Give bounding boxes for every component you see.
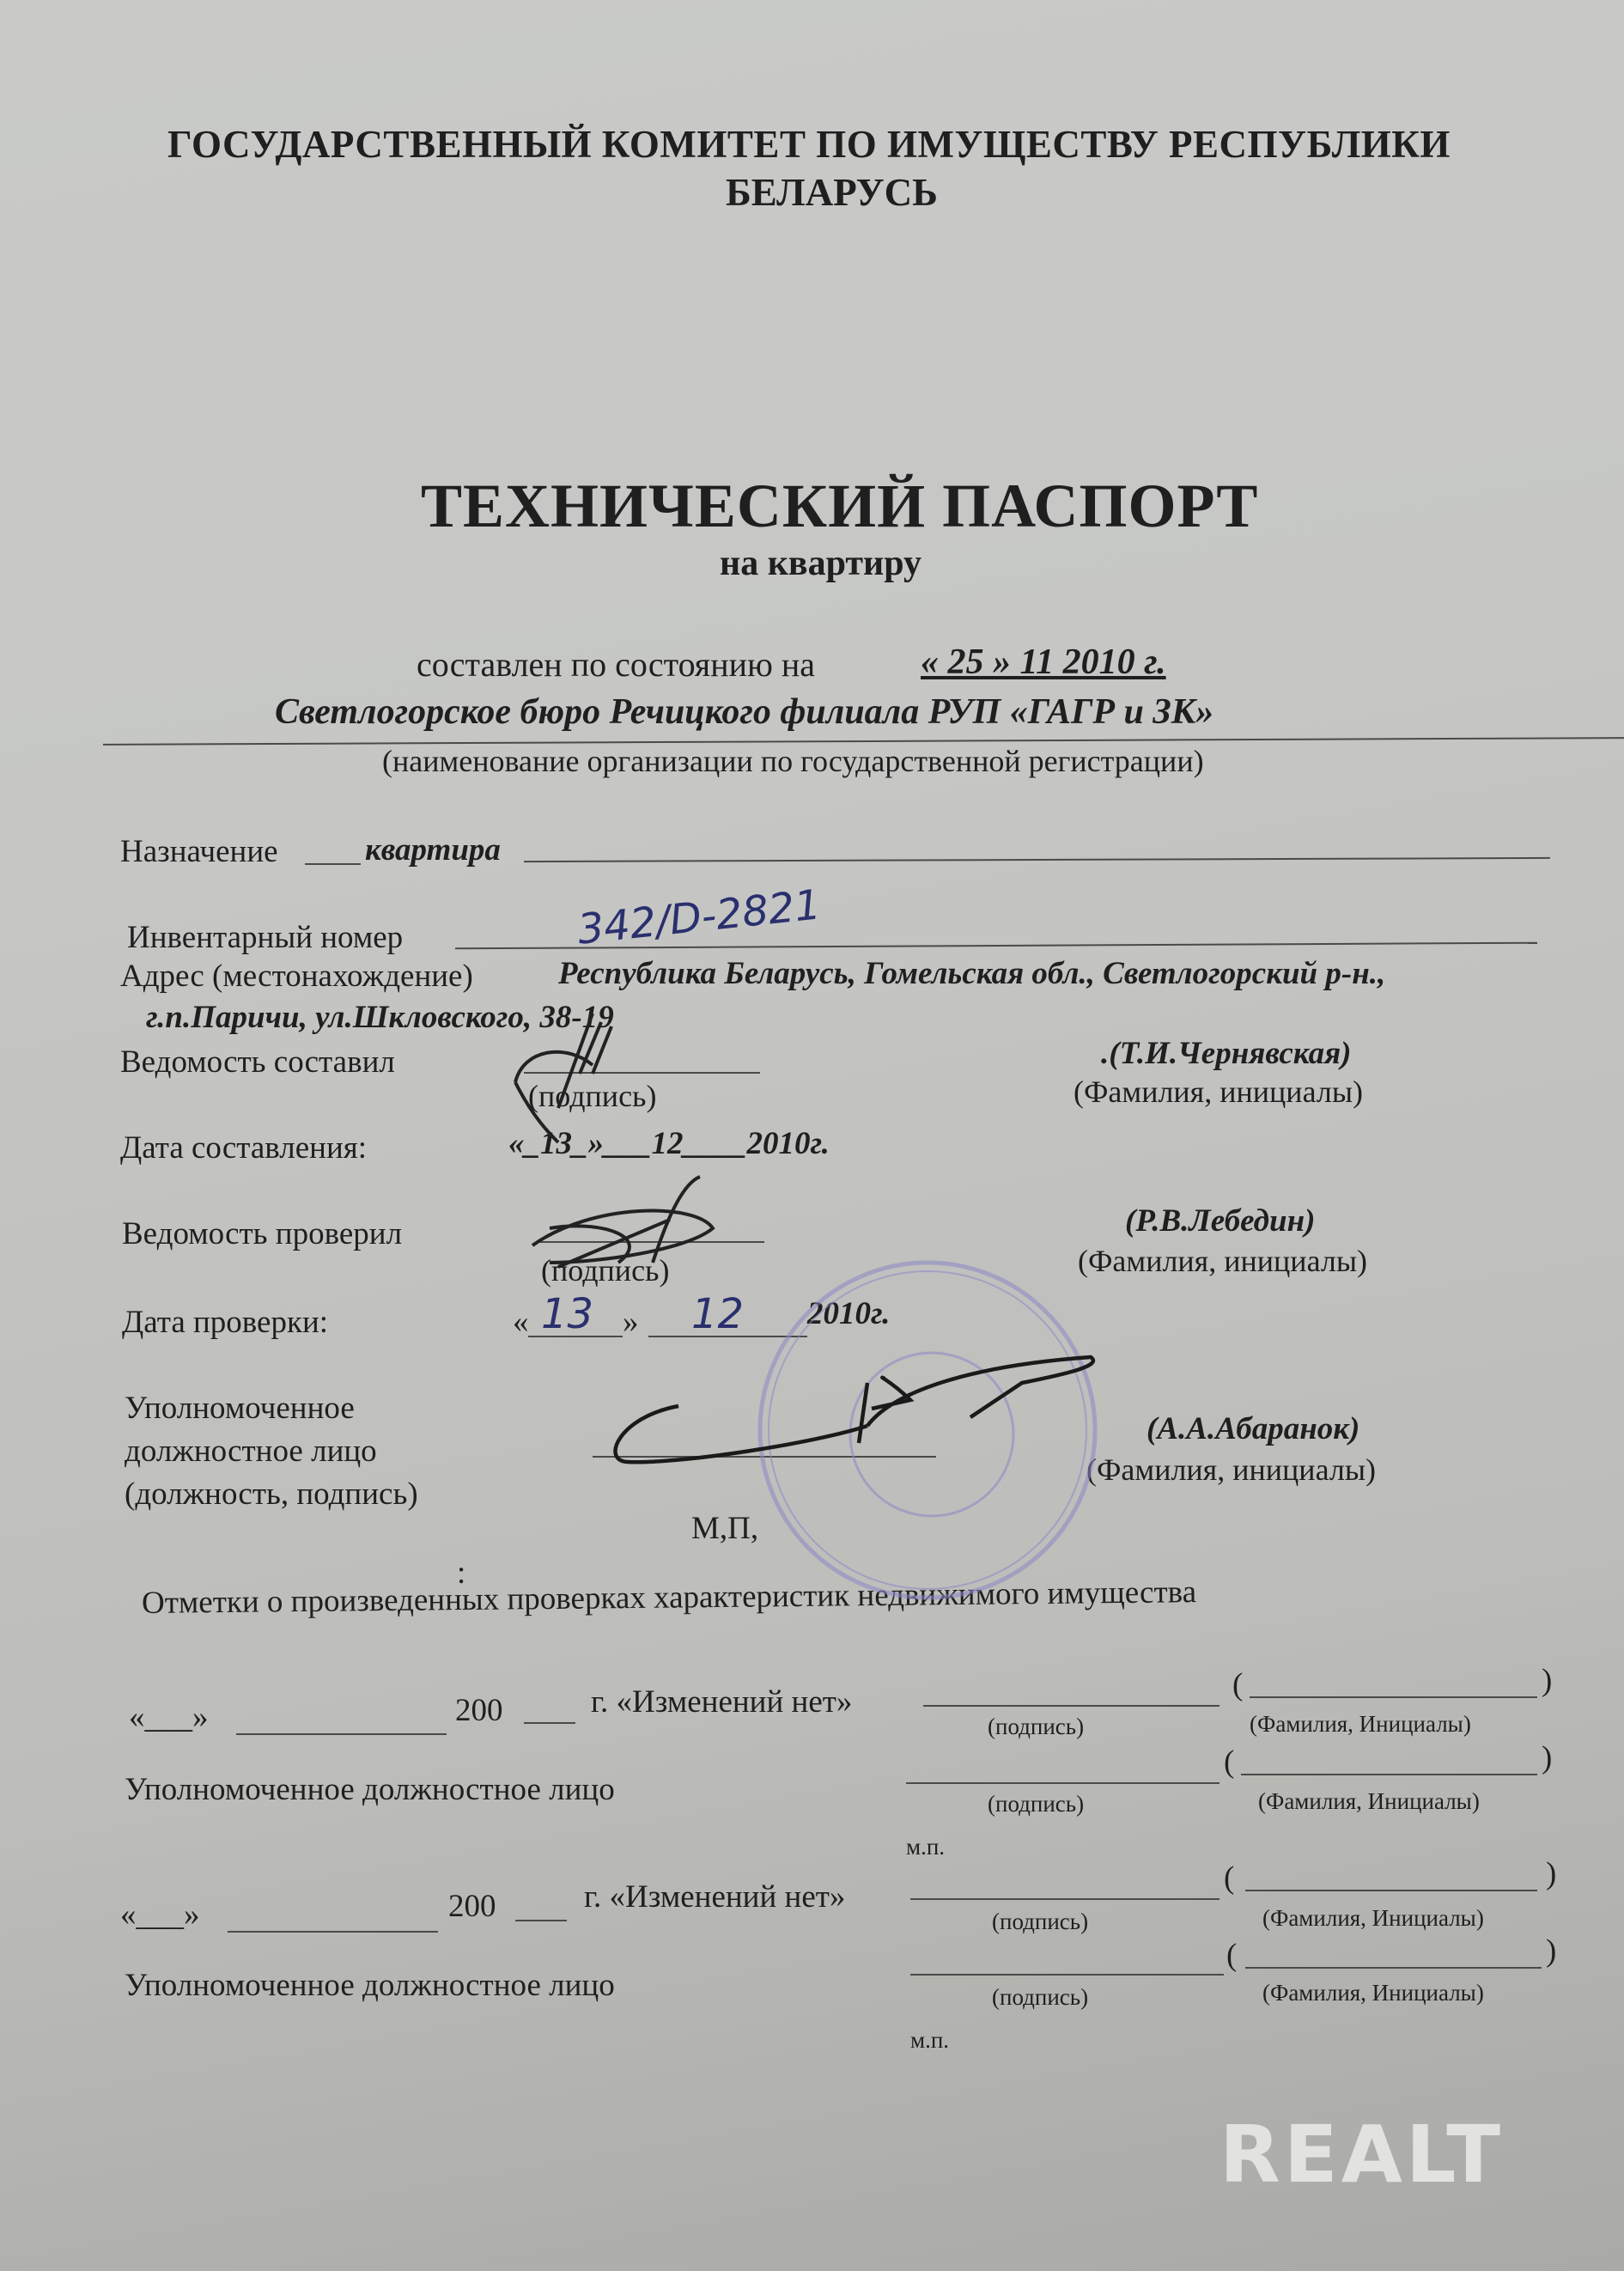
- entry-official-name-close: ): [1546, 1933, 1556, 1970]
- entry-name-line: [1245, 1890, 1537, 1891]
- state-date-value: « 25 » 11 2010 г.: [921, 642, 1166, 683]
- checked-signature-caption: (подпись): [541, 1252, 669, 1288]
- authorized-label-1: Уполномоченное: [125, 1390, 355, 1427]
- compiled-name-caption: (Фамилия, инициалы): [1074, 1074, 1363, 1110]
- checked-by-name: (Р.В.Лебедин): [1125, 1202, 1315, 1239]
- authorized-signature-mark: [616, 1357, 1093, 1462]
- document-subtitle: на квартиру: [720, 543, 921, 584]
- check-date-label: Дата проверки:: [122, 1304, 328, 1341]
- entry-official-signature-line: [910, 1974, 1224, 1976]
- entry-official-name-open: (: [1226, 1937, 1237, 1974]
- entry-year-suffix: г. «Изменений нет»: [591, 1683, 852, 1720]
- compiled-by-name: .(Т.И.Чернявская): [1101, 1035, 1352, 1072]
- compile-date-label: Дата составления:: [120, 1129, 367, 1166]
- state-date-label: составлен по состоянию на: [417, 644, 815, 685]
- entry-signature-line: [923, 1705, 1220, 1707]
- check-date-day: 13: [541, 1290, 593, 1338]
- purpose-prefix-line: [305, 863, 361, 865]
- entry-name-close: ): [1542, 1662, 1552, 1699]
- entry-official-name-caption: (Фамилия, Инициалы): [1262, 1980, 1484, 2006]
- checked-name-caption: (Фамилия, инициалы): [1078, 1243, 1367, 1279]
- purpose-underline: [524, 857, 1550, 862]
- check-date-year: 2010г.: [807, 1295, 890, 1332]
- check-date-month-line: [648, 1336, 807, 1337]
- authorized-label-2: должностное лицо: [125, 1433, 377, 1470]
- entry-year-prefix: 200: [448, 1888, 496, 1925]
- entry-signature-caption: (подпись): [992, 1909, 1088, 1935]
- entry-official-name-close: ): [1542, 1739, 1552, 1776]
- entry-official-name-line: [1241, 1774, 1537, 1775]
- compiled-signature-caption: (подпись): [528, 1078, 656, 1114]
- organization-name: Светлогорское бюро Речицкого филиала РУП…: [275, 691, 1213, 733]
- entry-month-line: [236, 1733, 447, 1735]
- purpose-label: Назначение: [120, 833, 278, 870]
- entry-official-name-open: (: [1224, 1744, 1234, 1781]
- purpose-value: квартира: [365, 831, 501, 868]
- authorized-label-3: (должность, подпись): [125, 1476, 418, 1513]
- check-date-open: «: [513, 1304, 529, 1341]
- address-line2: г.п.Паричи, ул.Шкловского, 38-19: [146, 999, 614, 1036]
- entry-official-name-line: [1245, 1967, 1542, 1969]
- authorized-name-caption: (Фамилия, инициалы): [1086, 1452, 1376, 1488]
- agency-header-line1: ГОСУДАРСТВЕННЫЙ КОМИТЕТ ПО ИМУЩЕСТВУ РЕС…: [167, 122, 1451, 167]
- entry-name-close: ): [1546, 1855, 1556, 1892]
- entry-seal-mark: м.п.: [906, 1834, 945, 1860]
- entry-month-line: [228, 1931, 438, 1933]
- compiled-signature-line: [524, 1072, 760, 1074]
- document-title: ТЕХНИЧЕСКИЙ ПАСПОРТ: [421, 471, 1258, 542]
- address-label: Адрес (местонахождение): [120, 958, 473, 995]
- compiled-by-label: Ведомость составил: [120, 1044, 395, 1081]
- entry-name-open: (: [1232, 1666, 1243, 1703]
- entry-year-line: [515, 1920, 567, 1921]
- entry-date-open: «___»: [120, 1897, 200, 1933]
- check-date-close: »: [623, 1304, 639, 1341]
- entry-official-signature-caption: (подпись): [988, 1791, 1084, 1817]
- entry-official-label: Уполномоченное должностное лицо: [125, 1967, 615, 2004]
- entry-year-line: [524, 1722, 575, 1724]
- entry-name-caption: (Фамилия, Инициалы): [1250, 1711, 1471, 1738]
- entry-signature-line: [910, 1898, 1220, 1900]
- compile-date-value: «_13_»___12____2010г.: [508, 1125, 830, 1162]
- authorized-signature-line: [593, 1456, 936, 1458]
- check-date-month: 12: [691, 1290, 744, 1338]
- authorized-seal-mark: М,П,: [691, 1510, 758, 1547]
- entry-name-line: [1250, 1696, 1537, 1698]
- entry-official-signature-line: [906, 1782, 1220, 1784]
- entry-date-open: «___»: [129, 1699, 209, 1736]
- entry-signature-caption: (подпись): [988, 1714, 1084, 1740]
- entry-seal-mark: м.п.: [910, 2027, 949, 2054]
- address-line1: Республика Беларусь, Гомельская обл., Св…: [558, 955, 1385, 992]
- organization-caption: (наименование организации по государстве…: [382, 743, 1204, 779]
- check-date-day-line: [528, 1336, 623, 1337]
- entry-official-label: Уполномоченное должностное лицо: [125, 1771, 615, 1808]
- inventory-value: 342/D-2821: [575, 880, 824, 953]
- checks-heading: Отметки о произведенных проверках характ…: [142, 1574, 1197, 1622]
- entry-year-prefix: 200: [455, 1692, 503, 1729]
- agency-header-line2: БЕЛАРУСЬ: [726, 170, 938, 215]
- entry-official-signature-caption: (подпись): [992, 1984, 1088, 2011]
- inventory-label: Инвентарный номер: [127, 919, 403, 956]
- entry-name-caption: (Фамилия, Инициалы): [1262, 1905, 1484, 1932]
- entry-official-name-caption: (Фамилия, Инициалы): [1258, 1788, 1480, 1815]
- authorized-name: (А.А.Абаранок): [1147, 1410, 1359, 1447]
- entry-name-open: (: [1224, 1860, 1234, 1897]
- checked-signature-line: [537, 1241, 764, 1243]
- entry-year-suffix: г. «Изменений нет»: [584, 1878, 845, 1915]
- realt-watermark: REALT: [1220, 2109, 1504, 2201]
- checked-by-label: Ведомость проверил: [122, 1215, 402, 1252]
